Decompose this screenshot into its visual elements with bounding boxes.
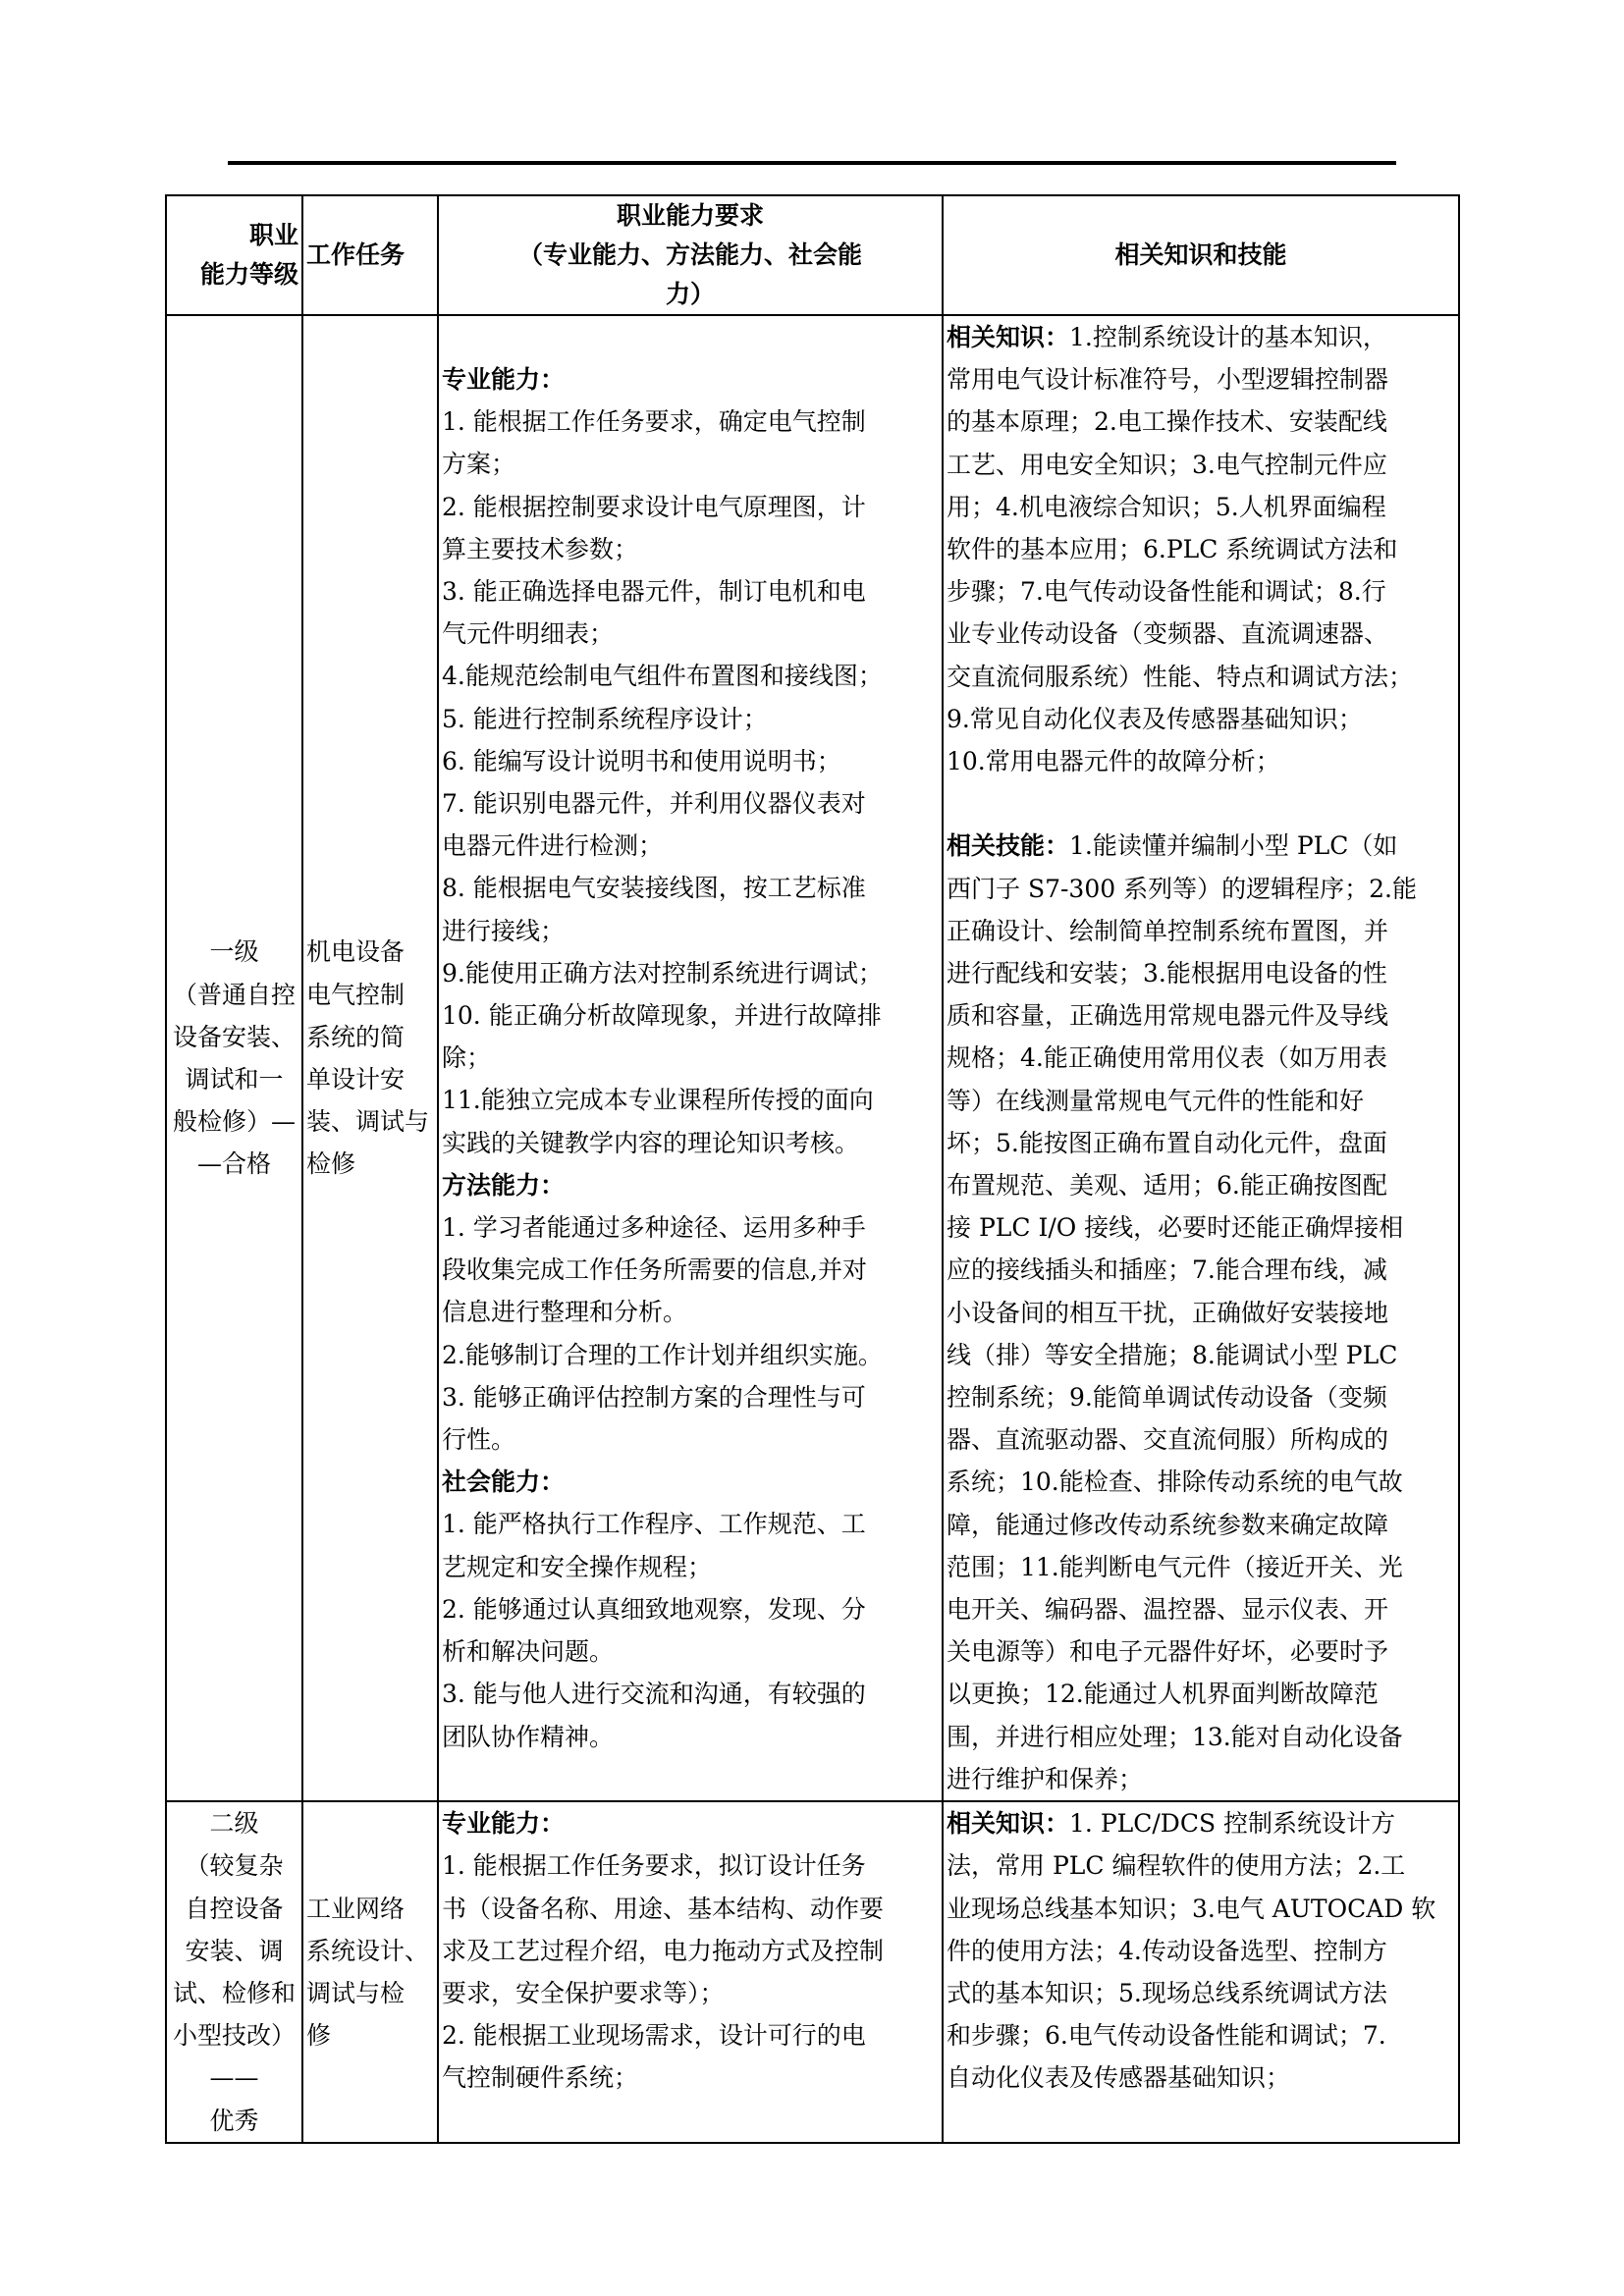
skills-item: 接 PLC I/O 接线，必要时还能正确焊接相 bbox=[947, 1206, 1455, 1249]
knowledge-item: 件的使用方法；4.传动设备选型、控制方 bbox=[947, 1930, 1455, 1972]
professional-title: 专业能力： bbox=[442, 358, 939, 400]
skills-item: 范围；11.能判断电气元件（接近开关、光 bbox=[947, 1546, 1455, 1588]
header-requirements: 职业能力要求 （专业能力、方法能力、社会能 力） bbox=[438, 195, 943, 315]
professional-list: 1. 能根据工作任务要求，拟订设计任务书（设备名称、用途、基本结构、动作要求及工… bbox=[442, 1844, 939, 2099]
method-item: 2.能够制订合理的工作计划并组织实施。 bbox=[442, 1334, 939, 1376]
skills-item: 关电源等）和电子元器件好坏，必要时予 bbox=[947, 1630, 1455, 1673]
social-title: 社会能力： bbox=[442, 1461, 939, 1503]
professional-item: 11.能独立完成本专业课程所传授的面向 bbox=[442, 1079, 939, 1121]
header-req-line: 力） bbox=[442, 275, 939, 314]
skills-item: 坏；5.能按图正确布置自动化元件，盘面 bbox=[947, 1122, 1455, 1164]
competency-table: 职业 能力等级 工作任务 职业能力要求 （专业能力、方法能力、社会能 力） 相关… bbox=[165, 194, 1460, 2144]
skills-item: 系统；10.能检查、排除传动系统的电气故 bbox=[947, 1461, 1455, 1503]
professional-item: 2. 能根据工业现场需求，设计可行的电 bbox=[442, 2014, 939, 2056]
skills-item: 障，能通过修改传动系统参数来确定故障 bbox=[947, 1504, 1455, 1546]
professional-item: 8. 能根据电气安装接线图，按工艺标准 bbox=[442, 867, 939, 909]
professional-item: 电器元件进行检测； bbox=[442, 825, 939, 867]
professional-item: 气元件明细表； bbox=[442, 613, 939, 655]
skills-item: 线（排）等安全措施；8.能调试小型 PLC bbox=[947, 1334, 1455, 1376]
professional-item: 实践的关键教学内容的理论知识考核。 bbox=[442, 1122, 939, 1164]
knowledge-item: 交直流伺服系统）性能、特点和调试方法； bbox=[947, 656, 1455, 698]
level-cell: 二级（较复杂自控设备安装、调试、检修和小型技改）——优秀 bbox=[166, 1801, 302, 2143]
spacer bbox=[442, 316, 939, 358]
professional-item: 5. 能进行控制系统程序设计； bbox=[442, 698, 939, 740]
level-line: （较复杂 bbox=[170, 1844, 298, 1887]
task-line: 检修 bbox=[306, 1143, 434, 1185]
knowledge-title: 相关知识： bbox=[947, 1809, 1069, 1838]
header-rule bbox=[228, 161, 1396, 165]
table-header-row: 职业 能力等级 工作任务 职业能力要求 （专业能力、方法能力、社会能 力） 相关… bbox=[166, 195, 1459, 315]
level-line: 安装、调 bbox=[170, 1930, 298, 1972]
skills-item: 规格；4.能正确使用常用仪表（如万用表 bbox=[947, 1037, 1455, 1079]
knowledge-item: 软件的基本应用；6.PLC 系统调试方法和 bbox=[947, 528, 1455, 570]
professional-item: 方案； bbox=[442, 443, 939, 485]
task-cell: 机电设备电气控制系统的简单设计安装、调试与检修 bbox=[302, 315, 438, 1801]
professional-item: 除； bbox=[442, 1037, 939, 1079]
level-line: 一级 bbox=[170, 931, 298, 973]
professional-item: 10. 能正确分析故障现象，并进行故障排 bbox=[442, 994, 939, 1037]
knowledge-item: 工艺、用电安全知识；3.电气控制元件应 bbox=[947, 444, 1455, 486]
skills-item: 进行配线和安装；3.能根据用电设备的性 bbox=[947, 952, 1455, 994]
method-item: 信息进行整理和分析。 bbox=[442, 1291, 939, 1333]
task-line: 调试与检 bbox=[306, 1972, 434, 2014]
knowledge-list: 常用电气设计标准符号，小型逻辑控制器的基本原理；2.电工操作技术、安装配线工艺、… bbox=[947, 358, 1455, 782]
knowledge-cell: 相关知识：1. PLC/DCS 控制系统设计方 法，常用 PLC 编程软件的使用… bbox=[943, 1801, 1459, 2143]
header-knowledge: 相关知识和技能 bbox=[943, 195, 1459, 315]
header-req-line: 职业能力要求 bbox=[442, 196, 939, 236]
header-level-line: 职业 bbox=[170, 216, 298, 255]
knowledge-item: 业现场总线基本知识；3.电气 AUTOCAD 软 bbox=[947, 1888, 1455, 1930]
table-row: 二级（较复杂自控设备安装、调试、检修和小型技改）——优秀 工业网络系统设计、调试… bbox=[166, 1801, 1459, 2143]
method-item: 1. 学习者能通过多种途径、运用多种手 bbox=[442, 1206, 939, 1249]
task-line: 系统设计、 bbox=[306, 1930, 434, 1972]
skills-item: 等）在线测量常规电气元件的性能和好 bbox=[947, 1080, 1455, 1122]
header-req-line: （专业能力、方法能力、社会能 bbox=[442, 236, 939, 275]
professional-item: 9.能使用正确方法对控制系统进行调试； bbox=[442, 952, 939, 994]
knowledge-item: 法，常用 PLC 编程软件的使用方法；2.工 bbox=[947, 1844, 1455, 1887]
professional-item: 书（设备名称、用途、基本结构、动作要 bbox=[442, 1888, 939, 1930]
social-item: 3. 能与他人进行交流和沟通，有较强的 bbox=[442, 1673, 939, 1715]
skills-item: 以更换；12.能通过人机界面判断故障范 bbox=[947, 1673, 1455, 1715]
professional-item: 进行接线； bbox=[442, 910, 939, 952]
skills-item: 电开关、编码器、温控器、显示仪表、开 bbox=[947, 1588, 1455, 1630]
level-line: —— bbox=[170, 2056, 298, 2099]
method-list: 1. 学习者能通过多种途径、运用多种手段收集完成工作任务所需要的信息,并对信息进… bbox=[442, 1206, 939, 1461]
task-line: 修 bbox=[306, 2014, 434, 2056]
social-item: 艺规定和安全操作规程； bbox=[442, 1546, 939, 1588]
knowledge-item: 的基本原理；2.电工操作技术、安装配线 bbox=[947, 400, 1455, 443]
skills-title: 相关技能： bbox=[947, 831, 1069, 860]
professional-item: 求及工艺过程介绍，电力拖动方式及控制 bbox=[442, 1930, 939, 1972]
professional-item: 7. 能识别电器元件，并利用仪器仪表对 bbox=[442, 782, 939, 825]
spacer bbox=[947, 782, 1455, 825]
skills-item: 围，并进行相应处理；13.能对自动化设备 bbox=[947, 1716, 1455, 1758]
professional-item: 要求，安全保护要求等）； bbox=[442, 1972, 939, 2014]
method-title: 方法能力： bbox=[442, 1164, 939, 1206]
task-cell: 工业网络系统设计、调试与检修 bbox=[302, 1801, 438, 2143]
skills-item: 器、直流驱动器、交直流伺服）所构成的 bbox=[947, 1418, 1455, 1461]
skills-item: 西门子 S7-300 系列等）的逻辑程序；2.能 bbox=[947, 868, 1455, 910]
skills-list: 西门子 S7-300 系列等）的逻辑程序；2.能正确设计、绘制简单控制系统布置图… bbox=[947, 868, 1455, 1800]
level-line: 小型技改） bbox=[170, 2014, 298, 2056]
professional-item: 3. 能正确选择电器元件，制订电机和电 bbox=[442, 570, 939, 613]
header-level: 职业 能力等级 bbox=[166, 195, 302, 315]
skills-item: 正确设计、绘制简单控制系统布置图，并 bbox=[947, 910, 1455, 952]
level-cell: 一级（普通自控设备安装、调试和一般检修）——合格 bbox=[166, 315, 302, 1801]
professional-item: 1. 能根据工作任务要求，拟订设计任务 bbox=[442, 1844, 939, 1887]
skills-item: 进行维护和保养； bbox=[947, 1758, 1455, 1800]
task-line: 电气控制 bbox=[306, 974, 434, 1016]
skills-item: 控制系统；9.能简单调试传动设备（变频 bbox=[947, 1376, 1455, 1418]
skills-item: 小设备间的相互干扰，正确做好安装接地 bbox=[947, 1292, 1455, 1334]
social-item: 2. 能够通过认真细致地观察，发现、分 bbox=[442, 1588, 939, 1630]
skills-item: 布置规范、美观、适用；6.能正确按图配 bbox=[947, 1164, 1455, 1206]
social-item: 1. 能严格执行工作程序、工作规范、工 bbox=[442, 1503, 939, 1545]
knowledge-item: 步骤；7.电气传动设备性能和调试；8.行 bbox=[947, 570, 1455, 613]
knowledge-item: 自动化仪表及传感器基础知识； bbox=[947, 2056, 1455, 2099]
level-line: 设备安装、 bbox=[170, 1016, 298, 1058]
task-line: 工业网络 bbox=[306, 1888, 434, 1930]
professional-item: 2. 能根据控制要求设计电气原理图，计 bbox=[442, 486, 939, 528]
task-line: 装、调试与 bbox=[306, 1100, 434, 1143]
professional-list: 1. 能根据工作任务要求，确定电气控制方案；2. 能根据控制要求设计电气原理图，… bbox=[442, 400, 939, 1164]
professional-item: 1. 能根据工作任务要求，确定电气控制 bbox=[442, 400, 939, 443]
professional-title: 专业能力： bbox=[442, 1802, 939, 1844]
knowledge-item: 用；4.机电液综合知识；5.人机界面编程 bbox=[947, 486, 1455, 528]
requirements-cell: 专业能力： 1. 能根据工作任务要求，拟订设计任务书（设备名称、用途、基本结构、… bbox=[438, 1801, 943, 2143]
skills-item: 质和容量，正确选用常规电器元件及导线 bbox=[947, 994, 1455, 1037]
knowledge-item: 9.常见自动化仪表及传感器基础知识； bbox=[947, 698, 1455, 740]
level-line: （普通自控 bbox=[170, 974, 298, 1016]
knowledge-item: 和步骤；6.电气传动设备性能和调试；7. bbox=[947, 2014, 1455, 2056]
professional-item: 算主要技术参数； bbox=[442, 528, 939, 570]
skills-first: 1.能读懂并编制小型 PLC（如 bbox=[1069, 831, 1397, 860]
knowledge-list: 法，常用 PLC 编程软件的使用方法；2.工业现场总线基本知识；3.电气 AUT… bbox=[947, 1844, 1455, 2099]
professional-item: 4.能规范绘制电气组件布置图和接线图； bbox=[442, 655, 939, 697]
header-level-line: 能力等级 bbox=[170, 255, 298, 294]
social-list: 1. 能严格执行工作程序、工作规范、工艺规定和安全操作规程；2. 能够通过认真细… bbox=[442, 1503, 939, 1757]
knowledge-first: 1.控制系统设计的基本知识， bbox=[1069, 323, 1387, 351]
requirements-cell: 专业能力： 1. 能根据工作任务要求，确定电气控制方案；2. 能根据控制要求设计… bbox=[438, 315, 943, 1801]
knowledge-item: 业专业传动设备（变频器、直流调速器、 bbox=[947, 613, 1455, 655]
social-item: 析和解决问题。 bbox=[442, 1630, 939, 1673]
level-line: —合格 bbox=[170, 1143, 298, 1185]
method-item: 3. 能够正确评估控制方案的合理性与可 bbox=[442, 1376, 939, 1418]
level-line: 调试和一 bbox=[170, 1058, 298, 1100]
level-line: 自控设备 bbox=[170, 1888, 298, 1930]
professional-item: 气控制硬件系统； bbox=[442, 2056, 939, 2099]
table-row: 一级（普通自控设备安装、调试和一般检修）——合格 机电设备电气控制系统的简单设计… bbox=[166, 315, 1459, 1801]
level-line: 二级 bbox=[170, 1802, 298, 1844]
level-line: 般检修）— bbox=[170, 1100, 298, 1143]
method-item: 段收集完成工作任务所需要的信息,并对 bbox=[442, 1249, 939, 1291]
knowledge-item: 10.常用电器元件的故障分析； bbox=[947, 740, 1455, 782]
knowledge-first: 1. PLC/DCS 控制系统设计方 bbox=[1069, 1809, 1395, 1838]
knowledge-title: 相关知识： bbox=[947, 323, 1069, 351]
header-task: 工作任务 bbox=[302, 195, 438, 315]
knowledge-item: 式的基本知识；5.现场总线系统调试方法 bbox=[947, 1972, 1455, 2014]
task-line: 单设计安 bbox=[306, 1058, 434, 1100]
method-item: 行性。 bbox=[442, 1418, 939, 1461]
level-line: 试、检修和 bbox=[170, 1972, 298, 2014]
professional-item: 6. 能编写设计说明书和使用说明书； bbox=[442, 740, 939, 782]
knowledge-cell: 相关知识：1.控制系统设计的基本知识， 常用电气设计标准符号，小型逻辑控制器的基… bbox=[943, 315, 1459, 1801]
skills-item: 应的接线插头和插座；7.能合理布线，减 bbox=[947, 1249, 1455, 1291]
level-line: 优秀 bbox=[170, 2100, 298, 2142]
task-line: 系统的简 bbox=[306, 1016, 434, 1058]
social-item: 团队协作精神。 bbox=[442, 1716, 939, 1758]
task-line: 机电设备 bbox=[306, 931, 434, 973]
knowledge-item: 常用电气设计标准符号，小型逻辑控制器 bbox=[947, 358, 1455, 400]
